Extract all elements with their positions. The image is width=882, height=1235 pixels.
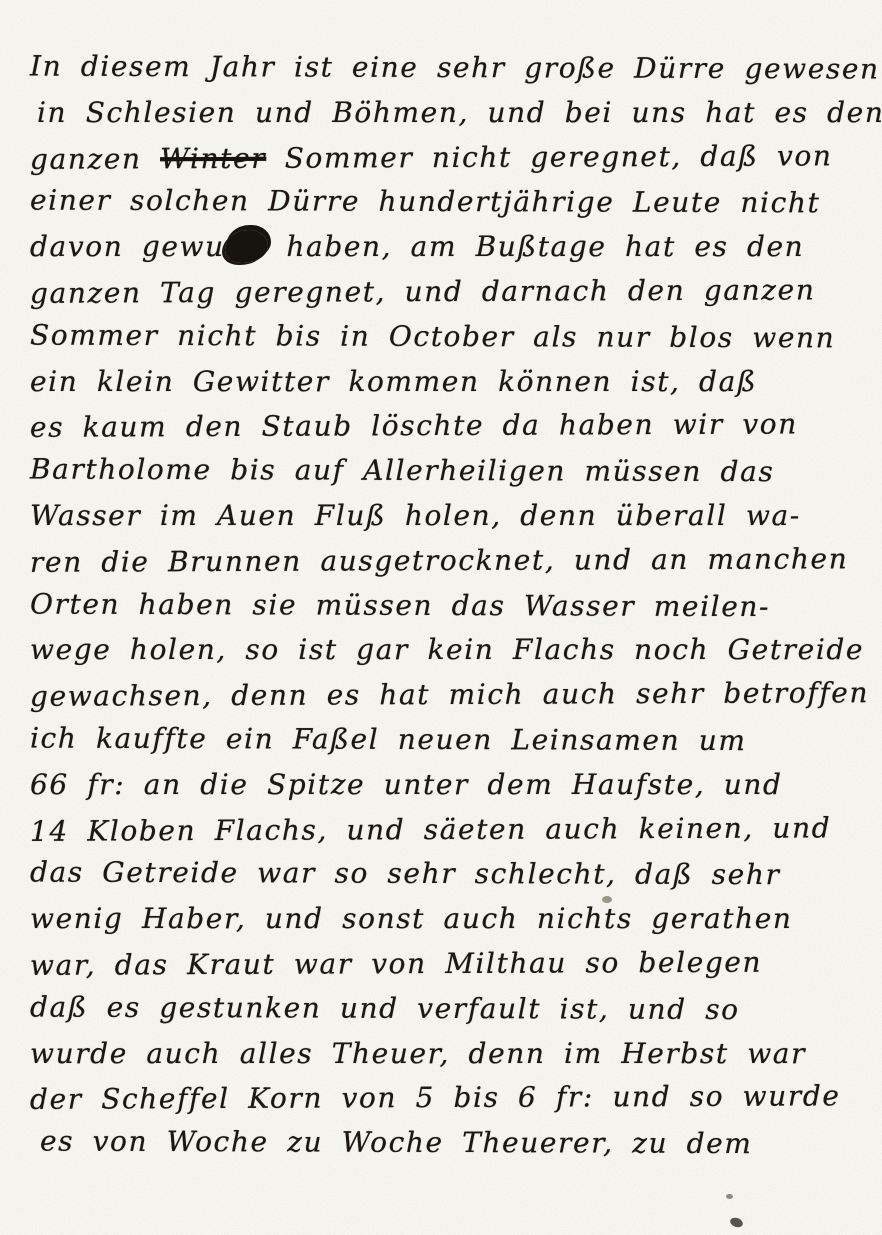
- line-text: ganzen Tag geregnet, und darnach den gan…: [30, 273, 816, 309]
- text-line: ganzen Tag geregnet, und darnach den gan…: [30, 268, 864, 316]
- text-line: einer solchen Dürre hundertjährige Leute…: [30, 179, 864, 227]
- text-line: ich kauffte ein Faßel neuen Leinsamen um: [30, 716, 864, 764]
- text-line: davon gewußt haben, am Bußtage hat es de…: [30, 225, 864, 270]
- text-line: wurde auch alles Theuer, denn im Herbst …: [30, 1032, 864, 1077]
- text-line: es von Woche zu Woche Theuerer, zu dem: [40, 1120, 864, 1168]
- line-text: wenig Haber, und sonst auch nichts gerat…: [30, 902, 793, 935]
- line-text: Bartholome bis auf Allerheiligen müssen …: [30, 453, 774, 489]
- text-line: ein klein Gewitter kommen können ist, da…: [30, 360, 864, 405]
- struck-word: Winter: [160, 141, 266, 174]
- line-text: 14 Kloben Flachs, und säeten auch keinen…: [30, 811, 831, 847]
- text-line: Orten haben sie müssen das Wasser meilen…: [30, 582, 864, 630]
- text-line: Wasser im Auen Fluß holen, denn überall …: [30, 494, 864, 539]
- line-segment: Sommer nicht geregnet, daß von: [266, 139, 832, 174]
- manuscript-page: In diesem Jahr ist eine sehr große Dürre…: [0, 0, 882, 1235]
- line-text: es von Woche zu Woche Theuerer, zu dem: [40, 1125, 753, 1160]
- line-text: es kaum den Staub löschte da haben wir v…: [30, 408, 798, 444]
- text-line: Bartholome bis auf Allerheiligen müssen …: [30, 448, 864, 496]
- line-text: 66 fr: an die Spitze unter dem Haufste, …: [30, 768, 783, 801]
- line-text: das Getreide war so sehr schlecht, daß s…: [30, 856, 781, 892]
- line-segment: davon gewu: [30, 230, 225, 263]
- line-text: wege holen, so ist gar kein Flachs noch …: [30, 633, 864, 666]
- line-text: In diesem Jahr ist eine sehr große Dürre…: [30, 50, 880, 86]
- line-text: der Scheffel Korn von 5 bis 6 fr: und so…: [30, 1080, 841, 1117]
- line-text: in Schlesien und Böhmen, und bei uns hat…: [37, 96, 882, 129]
- text-line: es kaum den Staub löschte da haben wir v…: [30, 403, 864, 451]
- line-segment: haben, am Bußtage hat es den: [268, 230, 804, 263]
- line-text: einer solchen Dürre hundertjährige Leute…: [30, 184, 821, 220]
- line-text: daß es gestunken und verfault ist, und s…: [30, 990, 740, 1025]
- line-text: wurde auch alles Theuer, denn im Herbst …: [30, 1037, 806, 1070]
- text-line: wenig Haber, und sonst auch nichts gerat…: [30, 897, 864, 942]
- line-text: ein klein Gewitter kommen können ist, da…: [30, 365, 757, 398]
- line-text: gewachsen, denn es hat mich auch sehr be…: [30, 676, 869, 713]
- line-text: Sommer nicht bis in October als nur blos…: [30, 318, 835, 354]
- text-line: ganzen Winter Sommer nicht geregnet, daß…: [30, 134, 864, 182]
- line-text: Orten haben sie müssen das Wasser meilen…: [30, 587, 770, 623]
- text-line: war, das Kraut war von Milthau so belege…: [30, 940, 864, 988]
- ink-blot-correction: ßt: [225, 230, 268, 263]
- line-text: ren die Brunnen ausgetrocknet, und an ma…: [30, 542, 848, 579]
- text-line: der Scheffel Korn von 5 bis 6 fr: und so…: [30, 1075, 864, 1123]
- text-line: ren die Brunnen ausgetrocknet, und an ma…: [30, 537, 864, 585]
- ink-speck: [726, 1194, 733, 1199]
- text-line: in Schlesien und Böhmen, und bei uns hat…: [37, 91, 864, 136]
- text-line: In diesem Jahr ist eine sehr große Dürre…: [30, 45, 864, 93]
- line-text: ich kauffte ein Faßel neuen Leinsamen um: [30, 721, 747, 757]
- text-line: Sommer nicht bis in October als nur blos…: [30, 313, 864, 361]
- manuscript-text: In diesem Jahr ist eine sehr große Dürre…: [30, 46, 864, 1166]
- line-segment: ganzen: [30, 142, 160, 176]
- text-line: 66 fr: an die Spitze unter dem Haufste, …: [30, 763, 864, 808]
- text-line: wege holen, so ist gar kein Flachs noch …: [30, 628, 864, 673]
- line-text: Wasser im Auen Fluß holen, denn überall …: [30, 499, 801, 532]
- ink-speck: [729, 1216, 744, 1229]
- text-line: das Getreide war so sehr schlecht, daß s…: [30, 851, 864, 899]
- text-line: daß es gestunken und verfault ist, und s…: [30, 985, 864, 1033]
- text-line: gewachsen, denn es hat mich auch sehr be…: [30, 671, 864, 719]
- text-line: 14 Kloben Flachs, und säeten auch keinen…: [30, 806, 864, 854]
- line-text: war, das Kraut war von Milthau so belege…: [30, 946, 762, 982]
